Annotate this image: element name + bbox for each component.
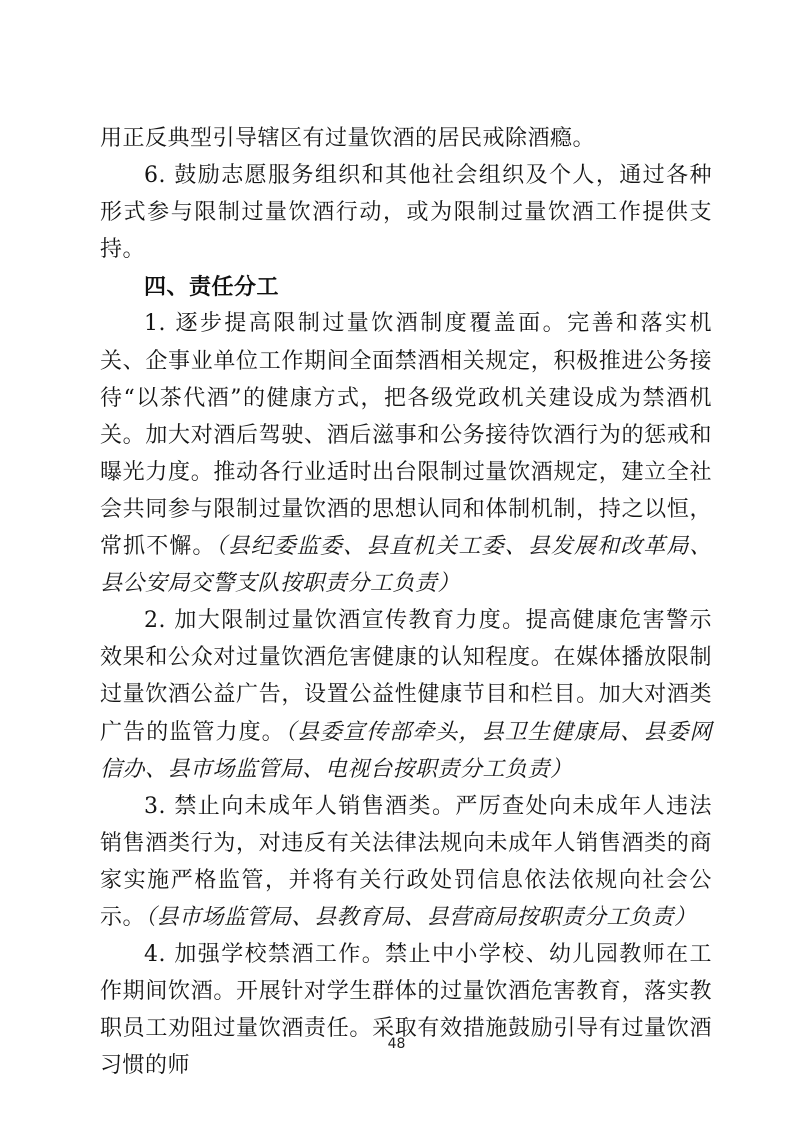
paragraph-continuation: 用正反典型引导辖区有过量饮酒的居民戒除酒瘾。 [100,120,712,157]
paragraph-text: 6. 鼓励志愿服务组织和其他社会组织及个人，通过各种形式参与限制过量饮酒行动，或… [100,163,712,262]
paragraph-item-2: 2. 加大限制过量饮酒宣传教育力度。提高健康危害警示效果和公众对过量饮酒危害健康… [100,602,712,787]
document-body: 用正反典型引导辖区有过量饮酒的居民戒除酒瘾。 6. 鼓励志愿服务组织和其他社会组… [100,120,712,1084]
paragraph-text: 1. 逐步提高限制过量饮酒制度覆盖面。完善和落实机关、企事业单位工作期间全面禁酒… [100,311,712,559]
paragraph-item-1: 1. 逐步提高限制过量饮酒制度覆盖面。完善和落实机关、企事业单位工作期间全面禁酒… [100,305,712,602]
document-page: 用正反典型引导辖区有过量饮酒的居民戒除酒瘾。 6. 鼓励志愿服务组织和其他社会组… [0,0,793,1122]
paragraph-text: 4. 加强学校禁酒工作。禁止中小学校、幼儿园教师在工作期间饮酒。开展针对学生群体… [100,942,712,1078]
paragraph-item-3: 3. 禁止向未成年人销售酒类。严厉查处向未成年人违法销售酒类行为，对违反有关法律… [100,788,712,936]
paragraph-text: 用正反典型引导辖区有过量饮酒的居民戒除酒瘾。 [100,126,595,151]
page-number: 48 [0,1036,793,1052]
paragraph-item-6: 6. 鼓励志愿服务组织和其他社会组织及个人，通过各种形式参与限制过量饮酒行动，或… [100,157,712,268]
responsibility-note: （县市场监管局、县教育局、县营商局按职责分工负责） [145,905,697,930]
section-heading: 四、责任分工 [100,268,712,305]
paragraph-item-4: 4. 加强学校禁酒工作。禁止中小学校、幼儿园教师在工作期间饮酒。开展针对学生群体… [100,936,712,1084]
